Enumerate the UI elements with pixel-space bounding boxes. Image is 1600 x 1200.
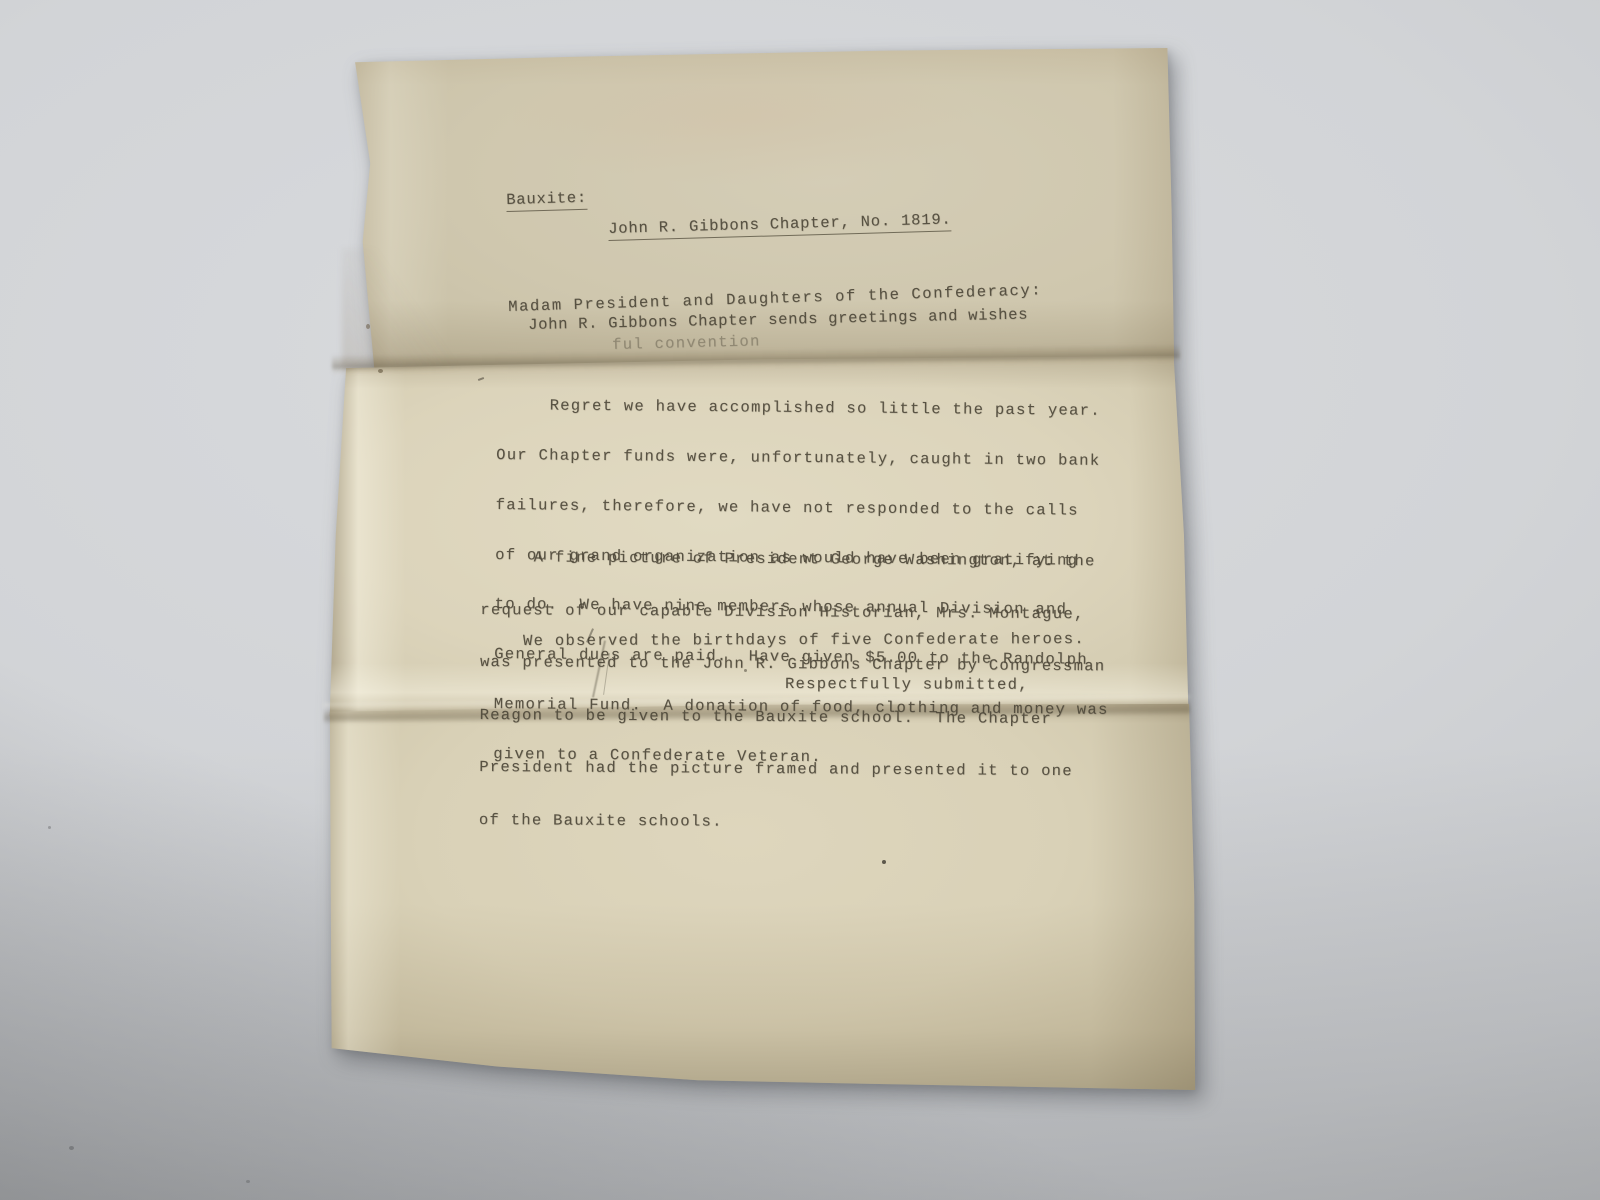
letter-observance-line: We observed the birthdays of five Confed…: [523, 631, 1085, 650]
letter-line: A fine picture of President George Washi…: [481, 549, 1107, 571]
letter-line: Regret we have accomplished so little th…: [497, 397, 1112, 419]
photo-surface: Bauxite: John R. Gibbons Chapter, No. 18…: [0, 0, 1600, 1200]
letter-line: of the Bauxite schools.: [479, 811, 1105, 833]
location-heading-text: Bauxite:: [506, 190, 587, 212]
letter-closing: Respectfully submitted,: [785, 676, 1029, 693]
letter-line: request of our capable Division Historia…: [480, 601, 1106, 623]
letter-line: Our Chapter funds were, unfortunately, c…: [496, 447, 1111, 469]
letter-location-heading: Bauxite:: [506, 190, 587, 212]
letter-line: Reagon to be given to the Bauxite school…: [480, 706, 1106, 728]
letter-line: President had the picture framed and pre…: [479, 759, 1105, 781]
letter-line: was presented to the John R. Gibbons Cha…: [480, 654, 1106, 676]
